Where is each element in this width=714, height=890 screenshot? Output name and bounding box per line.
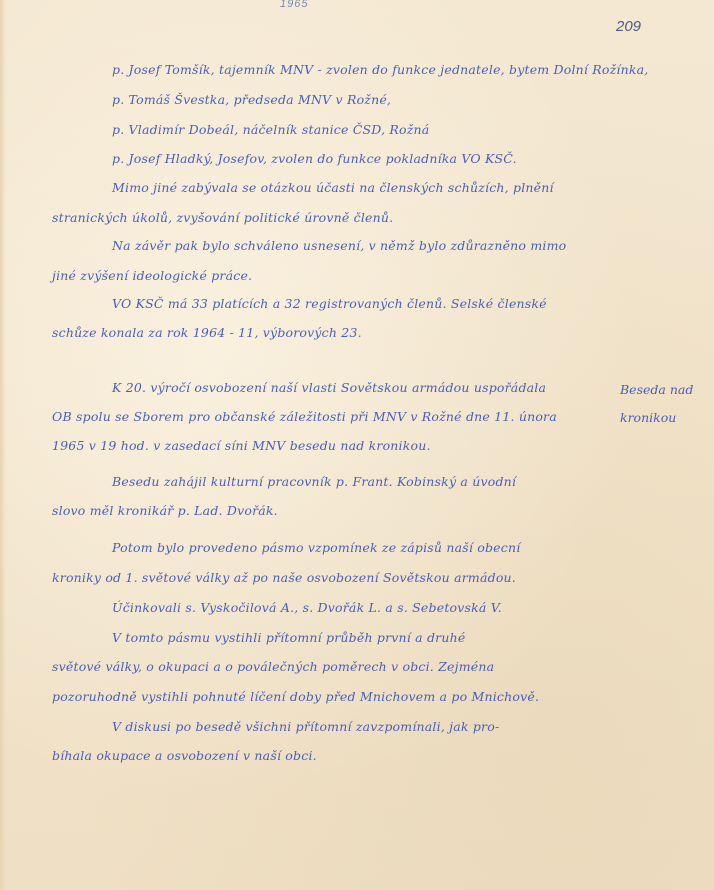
text-line: kroniky od 1. světové války až po naše o… <box>52 570 516 585</box>
page-number: 209 <box>616 18 641 35</box>
text-line: pozoruhodně vystihli pohnuté líčení doby… <box>52 689 539 704</box>
text-line: OB spolu se Sborem pro občanské záležito… <box>52 409 557 424</box>
text-line: 1965 v 19 hod. v zasedací síni MNV besed… <box>52 438 431 453</box>
text-line: p. Vladimír Dobeál, náčelník stanice ČSD… <box>112 122 429 137</box>
text-line: Besedu zahájil kulturní pracovník p. Fra… <box>112 474 516 489</box>
text-line: slovo měl kronikář p. Lad. Dvořák. <box>52 503 278 518</box>
text-line: Na závěr pak bylo schváleno usnesení, v … <box>112 238 566 253</box>
text-line: bíhala okupace a osvobození v naší obci. <box>52 748 317 763</box>
margin-note-line: kronikou <box>620 410 676 425</box>
text-line: V diskusi po besedě všichni přítomní zav… <box>112 719 499 734</box>
margin-note-line: Beseda nad <box>620 382 693 397</box>
text-line: VO KSČ má 33 platících a 32 registrovaný… <box>112 296 547 311</box>
text-line: stranických úkolů, zvyšování politické ú… <box>52 210 393 225</box>
text-line: schůze konala za rok 1964 - 11, výborový… <box>52 325 362 340</box>
text-line: Mimo jiné zabývala se otázkou účasti na … <box>112 180 554 195</box>
text-line: K 20. výročí osvobození naší vlasti Sově… <box>112 380 546 395</box>
text-line: Potom bylo provedeno pásmo vzpomínek ze … <box>112 540 520 555</box>
text-line: V tomto pásmu vystihli přítomní průběh p… <box>112 630 465 645</box>
text-line: jiné zvýšení ideologické práce. <box>52 268 252 283</box>
text-line: p. Josef Tomšík, tajemník MNV - zvolen d… <box>112 62 648 77</box>
text-line: Účinkovali s. Vyskočilová A., s. Dvořák … <box>112 600 502 615</box>
text-line: světové války, o okupaci a o poválečných… <box>52 659 494 674</box>
text-line: p. Tomáš Švestka, předseda MNV v Rožné, <box>112 92 391 107</box>
year-stamp: 1965 <box>280 0 308 10</box>
chronicle-page: 1965 209 p. Josef Tomšík, tajemník MNV -… <box>0 0 714 890</box>
text-line: p. Josef Hladký, Josefov, zvolen do funk… <box>112 151 517 166</box>
